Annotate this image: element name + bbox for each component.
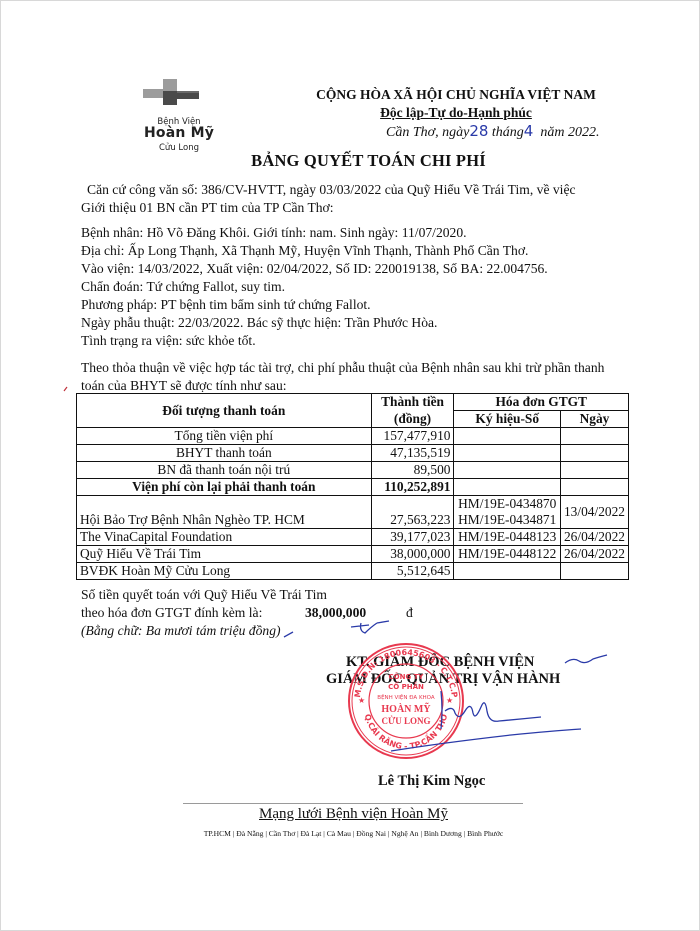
cost-table: Đối tượng thanh toán Thành tiền Hóa đơn … [76,393,629,580]
svg-text:★: ★ [358,696,365,705]
patient-diagnosis-line: Chẩn đoán: Tứ chứng Fallot, suy tim. [81,278,285,296]
table-row-total: Viện phí còn lại phải thanh toán 110,252… [77,479,629,496]
table-row: BVĐK Hoàn Mỹ Cửu Long 5,512,645 [77,563,629,580]
director-signature-icon [381,651,641,771]
hospital-logo: Bệnh Viện Hoàn Mỹ Cửu Long [129,79,229,159]
invoice-no-1: HM/19E-0434870 [457,496,557,512]
row-invoice-date [560,445,628,462]
row-amount: 157,477,910 [371,428,454,445]
row-label: Quỹ Hiểu Về Trái Tim [77,546,372,563]
row-invoice-date: 26/04/2022 [560,546,628,563]
settlement-line-2: theo hóa đơn GTGT đính kèm là: [81,604,262,622]
network-cities: TP.HCM | Đà Nẵng | Cần Thơ | Đà Lạt | Cà… [1,829,700,838]
settlement-line-1: Số tiền quyết toán với Quỹ Hiểu Về Trái … [81,586,327,604]
header-invoice-date: Ngày [560,411,628,428]
network-title: Mạng lưới Bệnh viện Hoàn Mỹ [1,806,700,823]
row-invoice-date: 26/04/2022 [560,529,628,546]
signatory-name: Lê Thị Kim Ngọc [378,773,485,790]
table-row: BN đã thanh toán nội trú 89,500 [77,462,629,479]
table-header-row: Đối tượng thanh toán Thành tiền Hóa đơn … [77,394,629,411]
header-invoice-no: Ký hiệu-Số [454,411,561,428]
row-invoice-no: HM/19E-0448123 [454,529,561,546]
header-amount-line1: Thành tiền [371,394,454,411]
row-invoice-date [560,462,628,479]
row-invoice-date: 13/04/2022 [560,496,628,529]
row-amount: 89,500 [371,462,454,479]
handwritten-check-mark-icon [281,619,401,641]
row-amount: 39,177,023 [371,529,454,546]
hospital-cross-logo-icon [143,79,203,105]
row-amount: 47,135,519 [371,445,454,462]
patient-address-line: Địa chỉ: Ấp Long Thạnh, Xã Thạnh Mỹ, Huy… [81,242,528,260]
intro-line-1: Căn cứ công văn số: 386/CV-HVTT, ngày 03… [87,181,576,199]
row-label: Viện phí còn lại phải thanh toán [77,479,372,496]
patient-status-line: Tình trạng ra viện: sức khỏe tốt. [81,332,256,350]
handwritten-month: 4 [524,122,534,140]
red-mark-icon [63,386,69,392]
row-invoice-no [454,445,561,462]
row-amount: 27,563,223 [371,496,454,529]
handwritten-day: 28 [469,122,488,140]
row-label: The VinaCapital Foundation [77,529,372,546]
motto-text: Độc lập-Tự do-Hạnh phúc [380,105,532,120]
row-label: Hội Bảo Trợ Bệnh Nhân Nghèo TP. HCM [77,496,372,529]
row-invoice-date [560,479,628,496]
row-label: BN đã thanh toán nội trú [77,462,372,479]
national-title: CỘNG HÒA XÃ HỘI CHỦ NGHĨA VIỆT NAM [306,87,606,103]
row-invoice-date [560,428,628,445]
row-invoice-no: HM/19E-0448122 [454,546,561,563]
row-label: Tổng tiền viện phí [77,428,372,445]
patient-surgery-line: Ngày phẫu thuật: 22/03/2022. Bác sỹ thực… [81,314,437,332]
header-payer: Đối tượng thanh toán [77,394,372,428]
logo-line-2: Hoàn Mỹ [129,125,229,141]
document-page: Bệnh Viện Hoàn Mỹ Cửu Long CỘNG HÒA XÃ H… [0,0,700,931]
patient-method-line: Phương pháp: PT bệnh tim bẩm sinh tứ chứ… [81,296,371,314]
place-date: Cần Thơ, ngày28 tháng4 năm 2022. [386,122,599,141]
header-invoice: Hóa đơn GTGT [454,394,629,411]
network-title-text: Mạng lưới Bệnh viện Hoàn Mỹ [259,806,448,822]
row-label: BHYT thanh toán [77,445,372,462]
row-amount: 38,000,000 [371,546,454,563]
table-row: Hội Bảo Trợ Bệnh Nhân Nghèo TP. HCM 27,5… [77,496,629,529]
settlement-currency: đ [406,604,413,622]
row-invoice-no [454,479,561,496]
footer-divider [183,803,523,804]
invoice-no-2: HM/19E-0434871 [457,512,557,528]
intro-line-2: Giới thiệu 01 BN cần PT tim của TP Cần T… [81,199,334,217]
table-row: The VinaCapital Foundation 39,177,023 HM… [77,529,629,546]
row-label: BVĐK Hoàn Mỹ Cửu Long [77,563,372,580]
row-invoice-no [454,428,561,445]
patient-name-line: Bệnh nhân: Hồ Võ Đăng Khôi. Giới tính: n… [81,224,467,242]
agreement-line-1: Theo thỏa thuận về việc hợp tác tài trợ,… [81,359,604,377]
date-prefix: Cần Thơ, ngày [386,125,469,140]
row-invoice-no [454,563,561,580]
table-row: Tổng tiền viện phí 157,477,910 [77,428,629,445]
month-label: tháng [492,125,524,140]
table-row: Quỹ Hiểu Về Trái Tim 38,000,000 HM/19E-0… [77,546,629,563]
header-amount-line2: (đồng) [371,411,454,428]
table-row: BHYT thanh toán 47,135,519 [77,445,629,462]
row-invoice-no [454,462,561,479]
row-amount: 110,252,891 [371,479,454,496]
row-invoice-no: HM/19E-0434870 HM/19E-0434871 [454,496,561,529]
document-title: BẢNG QUYẾT TOÁN CHI PHÍ [1,151,700,171]
row-amount: 5,512,645 [371,563,454,580]
row-invoice-date [560,563,628,580]
year-text: năm 2022. [540,125,599,140]
settlement-in-words: (Bằng chữ: Ba mươi tám triệu đồng) [81,622,281,640]
national-motto: Độc lập-Tự do-Hạnh phúc [306,105,606,121]
patient-admission-line: Vào viện: 14/03/2022, Xuất viện: 02/04/2… [81,260,548,278]
